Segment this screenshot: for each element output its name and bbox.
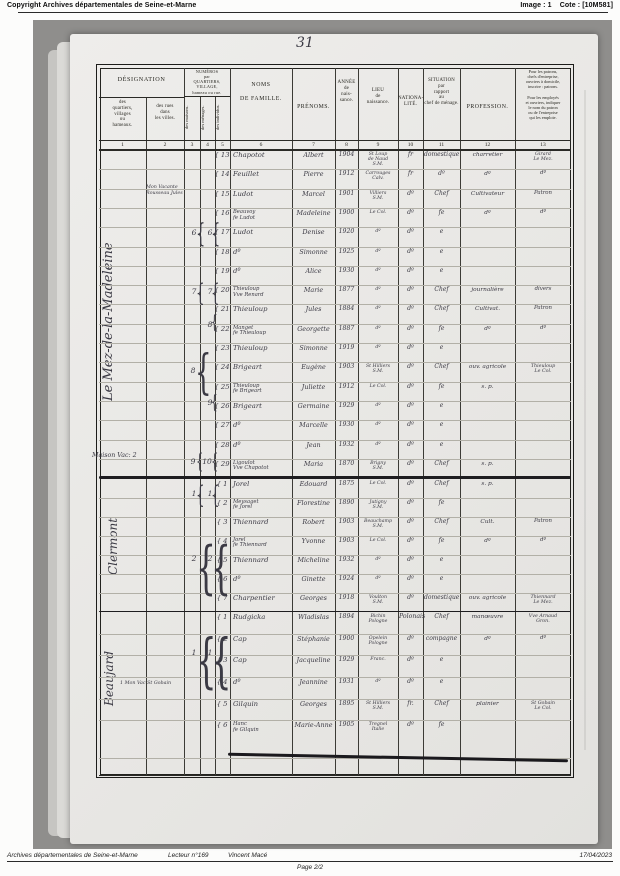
cell-situation: e — [424, 229, 459, 235]
cell-prenom: Robert — [293, 519, 334, 526]
table-row: { 7CharpentierGeorges1918Voulton S.M.dºd… — [99, 593, 571, 612]
cell-nom: Thieuloup — [233, 345, 290, 352]
cell-lieu: Voulton S.M. — [359, 595, 397, 605]
cell-numero-individu: { 15 — [214, 191, 230, 198]
cell-lieu: Opelein Pologne — [359, 636, 397, 646]
header-situation: SITUATION par rapport au chef de ménage. — [423, 78, 460, 107]
cell-lieu: dº — [359, 268, 397, 273]
cell-situation: compagne — [424, 636, 459, 642]
cell-nom: Cap — [233, 657, 290, 664]
cell-nom: Thiennard — [233, 557, 290, 564]
cell-situation: Chef — [424, 461, 459, 467]
cell-lieu: Jutigny S.M. — [359, 500, 397, 510]
cell-annee: 1887 — [336, 326, 357, 333]
table-row: { 25Thieuloup fe BrigeartJuliette1912Le … — [99, 382, 571, 401]
cell-nom: Jorel fe Thiennard — [233, 538, 290, 549]
cell-patron: Thiennard Le Mez. — [516, 595, 570, 605]
cell-nationalite: dº — [399, 481, 422, 488]
cell-lieu: dº — [359, 229, 397, 234]
cell-nationalite: dº — [399, 557, 422, 564]
cell-prenom: Maria — [293, 461, 334, 468]
ink-brace: { — [211, 482, 220, 508]
cell-nationalite: dº — [399, 287, 422, 294]
viewer-screen: Copyright Archives départementales de Se… — [0, 0, 620, 876]
cell-patron: dº — [516, 210, 570, 216]
cell-prenom: Georgette — [293, 326, 334, 333]
table-row: { 22Manget fe ThieuloupGeorgette1887dºdº… — [99, 324, 571, 343]
cell-situation: e — [424, 249, 459, 255]
ink-brace: { — [195, 348, 212, 398]
cell-annee: 1918 — [336, 595, 357, 602]
ink-brace: { — [211, 280, 220, 306]
cell-patron: divers — [516, 287, 570, 293]
cell-annee: 1903 — [336, 364, 357, 371]
table-row: { 2Meysaget fe JorelFlorestine1890Jutign… — [99, 498, 571, 517]
cell-annee: 1877 — [336, 287, 357, 294]
cell-nom: Manget fe Thieuloup — [233, 326, 290, 337]
cell-lieu: dº — [359, 287, 397, 292]
cell-profession: Cult. — [461, 519, 514, 525]
cell-situation: e — [424, 403, 459, 409]
cell-nationalite: dº — [399, 595, 422, 602]
cell-numero-individu: { 5 — [214, 701, 230, 708]
footer-lecteur: Lecteur n°169 — [168, 852, 209, 859]
column-number: 4 — [200, 142, 215, 148]
cell-nom: Brigeart — [233, 403, 290, 410]
cell-situation: fe — [424, 326, 459, 332]
cell-nationalite: fr. — [399, 701, 422, 708]
cell-profession: dº — [461, 538, 514, 544]
header-line — [99, 97, 184, 98]
page-number-annotation: 31 — [296, 35, 326, 51]
cell-nationalite: dº — [399, 657, 422, 664]
header-designation-quartiers: des quartiers, villages ou hameaux. — [99, 100, 146, 129]
cell-nationalite: dº — [399, 306, 422, 313]
cell-prenom: Edouard — [293, 481, 334, 488]
cell-nationalite: dº — [399, 679, 422, 686]
cell-nationalite: dº — [399, 636, 422, 643]
cell-profession: dº — [461, 326, 514, 332]
cell-profession: Cultivateur — [461, 191, 514, 197]
cell-prenom: Eugène — [293, 364, 334, 371]
cell-situation: e — [424, 345, 459, 351]
cell-patron: Girard Le Mez. — [516, 152, 570, 162]
cell-nationalite: dº — [399, 345, 422, 352]
cell-numero-individu: { 24 — [214, 364, 230, 371]
ink-brace: { — [196, 482, 205, 508]
header-prenoms: PRÉNOMS. — [292, 104, 335, 111]
cell-situation: dº — [424, 171, 459, 177]
cell-prenom: Stéphanie — [293, 636, 334, 643]
cell-prenom: Marie-Anne — [293, 722, 334, 729]
cell-nom: Ludot — [233, 191, 290, 198]
header-patrons-note: Pour les patrons, chefs d'entreprise, ou… — [516, 69, 570, 121]
table-row: { 20Thieuloup Vve RenardMarie1877dºdºChe… — [99, 285, 571, 304]
ink-brace: { — [211, 538, 231, 598]
cell-prenom: Marie — [293, 287, 334, 294]
cell-situation: Chef — [424, 519, 459, 525]
ink-brace: { — [211, 220, 220, 248]
cell-prenom: Wladislas — [293, 614, 334, 621]
cell-prenom: Marcelle — [293, 422, 334, 429]
marginal-note: Mon Vacante Rousseau Jules — [146, 185, 188, 196]
cell-lieu: Tregnel Italie — [359, 722, 397, 732]
table-bottom-line — [99, 775, 571, 776]
cell-annee: 1900 — [336, 210, 357, 217]
table-row: { 24BrigeartEugène1903St Hilliers S.M.dº… — [99, 362, 571, 381]
table-row: { 3CapJacqueline1929Franc.dºe — [99, 655, 571, 677]
table-row: { 2CapStéphanie1900Opelein Polognedºcomp… — [99, 634, 571, 656]
column-number: 11 — [423, 142, 460, 148]
cell-nom: Thieuloup fe Brigeart — [233, 384, 290, 395]
column-number: 2 — [146, 142, 184, 148]
footer-rule — [7, 861, 613, 862]
ink-brace: { — [211, 312, 218, 332]
cell-nationalite: dº — [399, 191, 422, 198]
table-row: { 13ChapototAlbert1904St Loup de Naud S.… — [99, 150, 571, 169]
cell-profession: s. p. — [461, 384, 514, 390]
cell-annee: 1870 — [336, 461, 357, 468]
header-designation-rues: des rues dans les villes. — [146, 104, 184, 121]
cell-nom: Gilquin — [233, 701, 290, 708]
cell-numero-individu: { 6 — [214, 722, 230, 729]
cell-lieu: Franc. — [359, 657, 397, 662]
column-number: 10 — [398, 142, 423, 148]
column-number: 9 — [358, 142, 398, 148]
marginal-note: 1 Mon Vac St Gobain — [120, 681, 186, 687]
marginal-note: Maison Vac: 2 — [92, 452, 150, 459]
cell-annee: 1929 — [336, 657, 357, 664]
cell-prenom: Simonne — [293, 249, 334, 256]
cell-nationalite: dº — [399, 500, 422, 507]
cell-annee: 1903 — [336, 519, 357, 526]
header-lieu: LIEU de naissance. — [358, 88, 398, 106]
cell-annee: 1930 — [336, 422, 357, 429]
cell-nom: Thieuloup — [233, 306, 290, 313]
cell-annee: 1890 — [336, 500, 357, 507]
cell-annee: 1884 — [336, 306, 357, 313]
cell-patron: dº — [516, 326, 570, 332]
cell-situation: Chef — [424, 287, 459, 293]
cell-numero-individu: { 1 — [214, 614, 230, 621]
cell-numero-individu: { 13 — [214, 152, 230, 159]
cell-numero-individu: { 27 — [214, 422, 230, 429]
footer-user: Vincent Macé — [228, 852, 267, 859]
cell-lieu: dº — [359, 249, 397, 254]
cell-situation: domestique — [424, 152, 459, 158]
cell-annee: 1932 — [336, 442, 357, 449]
cell-nationalite: dº — [399, 326, 422, 333]
ink-divider — [99, 476, 571, 478]
cell-numero-individu: { 23 — [214, 345, 230, 352]
cell-annee: 1912 — [336, 384, 357, 391]
cell-nationalite: dº — [399, 229, 422, 236]
cell-annee: 1901 — [336, 191, 357, 198]
cell-annee: 1875 — [336, 481, 357, 488]
register-table-layer: DÉSIGNATIONNUMÉROS par QUARTIERS, VILLAG… — [0, 0, 620, 876]
cell-lieu: Villiers S.M. — [359, 191, 397, 201]
cell-lieu: dº — [359, 403, 397, 408]
ink-brace: { — [211, 630, 232, 692]
table-row: { 28dºJean1932dºdºe — [99, 440, 571, 459]
cell-prenom: Jeannine — [293, 679, 334, 686]
cell-lieu: dº — [359, 576, 397, 581]
cell-prenom: Alice — [293, 268, 334, 275]
cell-numero-individu: { 3 — [214, 519, 230, 526]
cell-numero-individu: { 19 — [214, 268, 230, 275]
table-row: { 6Hanc fe GilquinMarie-Anne1905Tregnel … — [99, 720, 571, 742]
cell-nationalite: fr — [399, 171, 422, 178]
cell-profession: manœuvre — [461, 614, 514, 620]
cell-numero-individu: { 28 — [214, 442, 230, 449]
cell-profession: ouv. agricole — [461, 595, 514, 601]
cell-prenom: Jean — [293, 442, 334, 449]
cell-situation: fe — [424, 722, 459, 728]
cell-nom: Thiennard — [233, 519, 290, 526]
cell-lieu: Bichin Pologne — [359, 614, 397, 624]
cell-prenom: Albert — [293, 152, 334, 159]
cell-nationalite: dº — [399, 403, 422, 410]
cell-profession: dº — [461, 171, 514, 177]
cell-patron: Thieuloup Le Col. — [516, 364, 570, 374]
cell-nationalite: dº — [399, 422, 422, 429]
cell-situation: e — [424, 442, 459, 448]
cell-annee: 1919 — [336, 345, 357, 352]
cell-profession: Cultivat. — [461, 306, 514, 312]
cell-patron: Patron — [516, 191, 570, 197]
cell-profession: s. p. — [461, 461, 514, 467]
cell-situation: e — [424, 557, 459, 563]
cell-nationalite: dº — [399, 442, 422, 449]
cell-annee: 1924 — [336, 576, 357, 583]
column-number: 8 — [335, 142, 358, 148]
cell-profession: dº — [461, 210, 514, 216]
cell-lieu: dº — [359, 345, 397, 350]
table-row: { 1JorelEdouard1875Le Col.dºChefs. p. — [99, 479, 571, 498]
cell-annee: 1912 — [336, 171, 357, 178]
cell-prenom: Georges — [293, 701, 334, 708]
cell-nom: Thieuloup Vve Renard — [233, 287, 290, 298]
cell-nom: Brigeart — [233, 364, 290, 371]
cell-situation: e — [424, 679, 459, 685]
column-number: 6 — [230, 142, 292, 148]
cell-prenom: Yvonne — [293, 538, 334, 545]
header-col-menages: des ménages. — [200, 96, 215, 139]
table-row: { 4Jorel fe ThiennardYvonne1903Le Col.dº… — [99, 536, 571, 555]
cell-nom: Charpentier — [233, 595, 290, 602]
cell-situation: Chef — [424, 701, 459, 707]
cell-prenom: Madeleine — [293, 210, 334, 217]
table-row: { 5GilquinGeorges1895St Hilliers S.M.fr.… — [99, 699, 571, 721]
cell-situation: Chef — [424, 306, 459, 312]
cell-prenom: Micheline — [293, 557, 334, 564]
cell-profession: charretier — [461, 152, 514, 158]
cell-nationalite: dº — [399, 210, 422, 217]
cell-patron: Vve Arnaud Gron. — [516, 614, 570, 624]
cell-nationalite: Polonais — [399, 614, 422, 621]
cell-situation: e — [424, 268, 459, 274]
cell-nom: Rudgicka — [233, 614, 290, 621]
cell-nom: dº — [233, 679, 290, 686]
cell-nom: Cap — [233, 636, 290, 643]
cell-nationalite: dº — [399, 268, 422, 275]
cell-nom: dº — [233, 268, 290, 275]
cell-lieu: St Hilliers S.M. — [359, 364, 397, 374]
cell-nom: Beauvoy fe Ludot — [233, 210, 290, 221]
footer-archive: Archives départementales de Seine-et-Mar… — [7, 852, 138, 859]
cell-lieu: Carrouges Calv. — [359, 171, 397, 181]
header-col-individus: des individus. — [215, 96, 230, 139]
cell-prenom: Florestine — [293, 500, 334, 507]
cell-prenom: Jacqueline — [293, 657, 334, 664]
cell-situation: e — [424, 657, 459, 663]
cell-prenom: Pierre — [293, 171, 334, 178]
cell-nationalite: dº — [399, 519, 422, 526]
cell-profession: plainier — [461, 701, 514, 707]
header-annee: ANNÉE de nais- sance. — [335, 80, 358, 104]
cell-situation: fe — [424, 210, 459, 216]
header-designation: DÉSIGNATION — [99, 76, 184, 83]
cell-lieu: Brigny S.M. — [359, 461, 397, 471]
cell-nationalite: dº — [399, 364, 422, 371]
cell-numero-individu: { 25 — [214, 384, 230, 391]
cell-nationalite: dº — [399, 722, 422, 729]
cell-nom: Meysaget fe Jorel — [233, 500, 290, 511]
cell-nom: dº — [233, 576, 290, 583]
table-row: { 16Beauvoy fe LudotMadeleine1900Le Col.… — [99, 208, 571, 227]
cell-profession: dº — [461, 636, 514, 642]
cell-patron: dº — [516, 636, 570, 642]
cell-profession: journalière — [461, 287, 514, 293]
cell-prenom: Ginette — [293, 576, 334, 583]
cell-nom: Jorel — [233, 481, 290, 488]
header-numeros: NUMÉROS par QUARTIERS, VILLAGE, hameau o… — [184, 69, 230, 95]
cell-annee: 1920 — [336, 229, 357, 236]
ink-brace: { — [211, 450, 218, 472]
cell-nom: Ligoulot Vve Chapotot — [233, 461, 290, 472]
cell-nom: Chapotot — [233, 152, 290, 159]
table-row: { 27dºMarcelle1930dºdºe — [99, 420, 571, 439]
cell-nationalite: dº — [399, 576, 422, 583]
header-col-maisons: des maisons. — [184, 96, 200, 139]
cell-annee: 1930 — [336, 268, 357, 275]
cell-nom: dº — [233, 249, 290, 256]
cell-annee: 1894 — [336, 614, 357, 621]
cell-nom: dº — [233, 442, 290, 449]
cell-annee: 1904 — [336, 152, 357, 159]
column-number: 1 — [99, 142, 146, 148]
table-row: { 1RudgickaWladislas1894Bichin PolognePo… — [99, 612, 571, 634]
cell-nationalite: dº — [399, 538, 422, 545]
cell-numero-individu: { 18 — [214, 249, 230, 256]
cell-profession: ouv. agricole — [461, 364, 514, 370]
cell-nom: Hanc fe Gilquin — [233, 722, 290, 733]
table-row: { 3ThiennardRobert1903Beauchamp S.M.dºCh… — [99, 517, 571, 536]
cell-annee: 1903 — [336, 538, 357, 545]
footer-page-indicator: Page 2/2 — [0, 864, 620, 871]
cell-lieu: dº — [359, 422, 397, 427]
cell-situation: fe — [424, 384, 459, 390]
cell-numero-individu: { 16 — [214, 210, 230, 217]
column-number: 3 — [184, 142, 200, 148]
ink-brace: { — [196, 280, 205, 306]
cell-prenom: Denise — [293, 229, 334, 236]
column-number: 13 — [515, 142, 571, 148]
cell-annee: 1929 — [336, 403, 357, 410]
cell-situation: e — [424, 576, 459, 582]
cell-situation: Chef — [424, 191, 459, 197]
cell-lieu: dº — [359, 679, 397, 684]
cell-situation: fe — [424, 500, 459, 506]
header-noms: NOMS DE FAMILLE. — [230, 82, 292, 103]
cell-nom: Feuillet — [233, 171, 290, 178]
table-row: { 18dºSimonne1925dºdºe — [99, 247, 571, 266]
cell-nationalite: dº — [399, 461, 422, 468]
column-number: 7 — [292, 142, 335, 148]
ink-brace: { — [196, 220, 205, 248]
cell-lieu: Beauchamp S.M. — [359, 519, 397, 529]
cell-numero-individu: { 14 — [214, 171, 230, 178]
cell-lieu: Le Col. — [359, 481, 397, 486]
cell-prenom: Georges — [293, 595, 334, 602]
cell-situation: fe — [424, 538, 459, 544]
table-row: { 17LudotDenise1920dºdºe — [99, 227, 571, 246]
cell-annee: 1932 — [336, 557, 357, 564]
cell-lieu: dº — [359, 442, 397, 447]
column-number: 12 — [460, 142, 515, 148]
cell-lieu: Le Col. — [359, 210, 397, 215]
cell-prenom: Juliette — [293, 384, 334, 391]
column-number: 5 — [215, 142, 230, 148]
cell-prenom: Germaine — [293, 403, 334, 410]
cell-situation: domestique — [424, 595, 459, 601]
cell-patron: dº — [516, 538, 570, 544]
cell-lieu: dº — [359, 557, 397, 562]
cell-lieu: Le Col. — [359, 384, 397, 389]
cell-nationalite: dº — [399, 384, 422, 391]
cell-annee: 1900 — [336, 636, 357, 643]
footer-date: 17/04/2023 — [579, 852, 612, 859]
cell-annee: 1925 — [336, 249, 357, 256]
table-row: { 19dºAlice1930dºdºe — [99, 266, 571, 285]
cell-prenom: Marcel — [293, 191, 334, 198]
cell-prenom: Jules — [293, 306, 334, 313]
table-row: { 6dºGinette1924dºdºe — [99, 574, 571, 593]
cell-patron: Patron — [516, 306, 570, 312]
cell-annee: 1895 — [336, 701, 357, 708]
table-row: { 5ThiennardMicheline1932dºdºe — [99, 555, 571, 574]
cell-patron: St Gobain Le Col. — [516, 701, 570, 711]
cell-patron: dº — [516, 171, 570, 177]
cell-situation: Chef — [424, 481, 459, 487]
ink-brace: { — [196, 450, 203, 472]
cell-annee: 1931 — [336, 679, 357, 686]
table-row: { 23ThieuloupSimonne1919dºdºe — [99, 343, 571, 362]
cell-nationalite: dº — [399, 249, 422, 256]
cell-situation: Chef — [424, 364, 459, 370]
cell-lieu: Le Col. — [359, 538, 397, 543]
cell-lieu: St Hilliers S.M. — [359, 701, 397, 711]
table-row: { 21ThieuloupJules1884dºdºChefCultivat.P… — [99, 304, 571, 323]
cell-patron: Patron — [516, 519, 570, 525]
table-row: { 26BrigeartGermaine1929dºdºe — [99, 401, 571, 420]
cell-annee: 1905 — [336, 722, 357, 729]
cell-nom: Ludot — [233, 229, 290, 236]
header-profession: PROFESSION. — [460, 104, 515, 111]
cell-situation: Chef — [424, 614, 459, 620]
cell-lieu: St Loup de Naud S.M. — [359, 152, 397, 167]
header-nationalite: NATIONA- LITÉ. — [398, 96, 423, 108]
